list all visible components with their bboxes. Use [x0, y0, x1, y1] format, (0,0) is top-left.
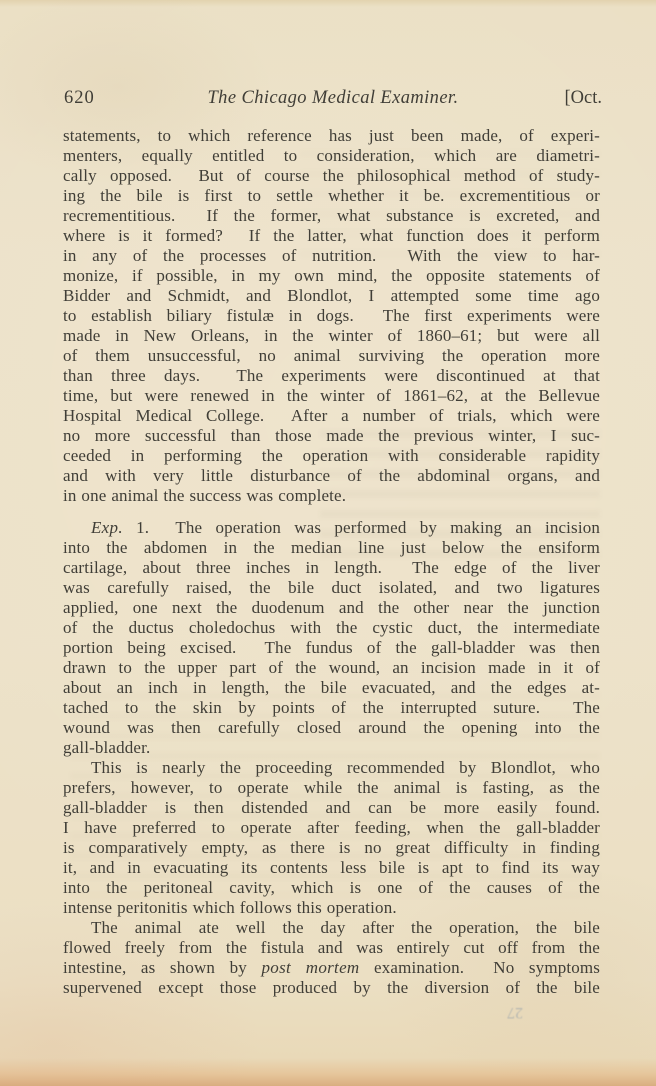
text-line: than three days. The experiments were di… — [63, 366, 600, 386]
text-line: gall-bladder is then distended and can b… — [63, 798, 600, 818]
text-line: about an inch in length, the bile evacua… — [63, 678, 600, 698]
text-line: menters, equally entitled to considerati… — [63, 146, 600, 166]
paragraph: statements, to which reference has just … — [63, 126, 600, 506]
text-line: was carefully raised, the bile duct isol… — [63, 578, 600, 598]
text-line: applied, one next the duodenum and the o… — [63, 598, 600, 618]
text-line: prefers, however, to operate while the a… — [63, 778, 600, 798]
text-line: cally opposed. But of course the philoso… — [63, 166, 600, 186]
text-line: supervened except those produced by the … — [63, 978, 600, 998]
text-line: Exp. 1. The operation was performed by m… — [63, 518, 600, 538]
text-line: time, but were renewed in the winter of … — [63, 386, 600, 406]
text-line: Bidder and Schmidt, and Blondlot, I atte… — [63, 286, 600, 306]
text-line: tached to the skin by points of the inte… — [63, 698, 600, 718]
page-header: 620 The Chicago Medical Examiner. [Oct. — [64, 88, 602, 112]
text-line: gall-bladder. — [63, 738, 600, 758]
text-line: flowed freely from the fistula and was e… — [63, 938, 600, 958]
text-line: wound was then carefully closed around t… — [63, 718, 600, 738]
paragraph: Exp. 1. The operation was performed by m… — [63, 518, 600, 758]
journal-title: The Chicago Medical Examiner. — [64, 88, 602, 109]
text-line: it, and in evacuating its contents less … — [63, 858, 600, 878]
text-line: monize, if possible, in my own mind, the… — [63, 266, 600, 286]
text-line: no more successful than those made the p… — [63, 426, 600, 446]
text-line: The animal ate well the day after the op… — [63, 918, 600, 938]
text-line: Hospital Medical College. After a number… — [63, 406, 600, 426]
text-line: where is it formed? If the latter, what … — [63, 226, 600, 246]
text-line: to establish biliary fistulæ in dogs. Th… — [63, 306, 600, 326]
text-line: cartilage, about three inches in length.… — [63, 558, 600, 578]
text-line: made in New Orleans, in the winter of 18… — [63, 326, 600, 346]
text-line: into the peritoneal cavity, which is one… — [63, 878, 600, 898]
text-line: statements, to which reference has just … — [63, 126, 600, 146]
paragraph: This is nearly the proceeding recommende… — [63, 758, 600, 918]
text-line: in one animal the success was complete. — [63, 486, 600, 506]
text-line: intestine, as shown by post mortem exami… — [63, 958, 600, 978]
text-line: and with very little disturbance of the … — [63, 466, 600, 486]
text-line: ceeded in performing the operation with … — [63, 446, 600, 466]
text-line: recrementitious. If the former, what sub… — [63, 206, 600, 226]
scanned-journal-page: 620 The Chicago Medical Examiner. [Oct. … — [0, 0, 656, 1086]
text-line: I have preferred to operate after feedin… — [63, 818, 600, 838]
text-line: in any of the processes of nutrition. Wi… — [63, 246, 600, 266]
text-line: is comparatively empty, as there is no g… — [63, 838, 600, 858]
show-through-page-number: 27 — [495, 1003, 535, 1021]
text-line: This is nearly the proceeding recommende… — [63, 758, 600, 778]
text-line: into the abdomen in the median line just… — [63, 538, 600, 558]
text-line: ing the bile is first to settle whether … — [63, 186, 600, 206]
issue-month-label: [Oct. — [565, 88, 603, 109]
text-line: of the ductus choledochus with the cysti… — [63, 618, 600, 638]
paragraph: The animal ate well the day after the op… — [63, 918, 600, 998]
text-line: intense peritonitis which follows this o… — [63, 898, 600, 918]
text-line: drawn to the upper part of the wound, an… — [63, 658, 600, 678]
text-line: portion being excised. The fundus of the… — [63, 638, 600, 658]
text-line: of them unsuccessful, no animal survivin… — [63, 346, 600, 366]
page-body-text: statements, to which reference has just … — [63, 126, 600, 998]
